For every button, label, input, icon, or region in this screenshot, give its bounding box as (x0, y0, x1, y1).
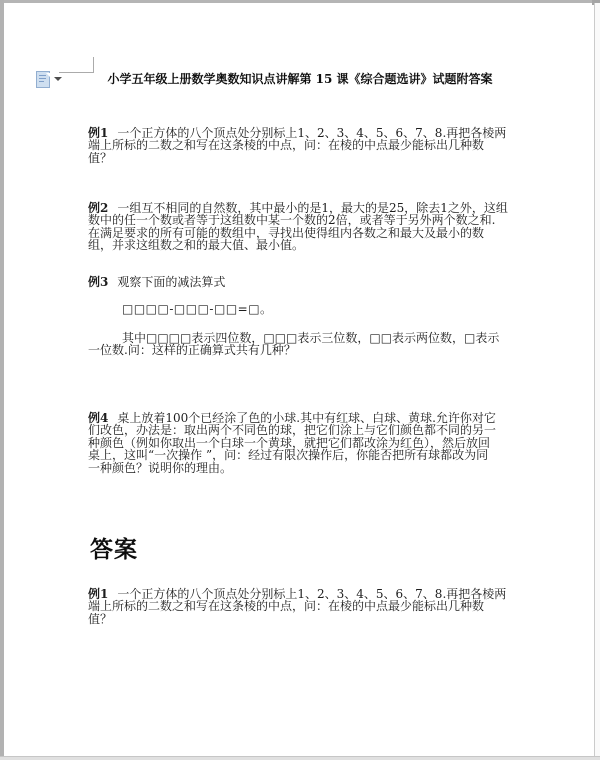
problem-text: 桌上放着100个已经涂了色的小球.其中有红球、白球、黄球.允许你对它 们改色，办… (88, 411, 496, 475)
page-fold-corner (46, 73, 50, 77)
problem-text: 一个正方体的八个顶点处分别标上1、2、3、4、5、6、7、8.再把各棱两 端上所… (88, 587, 506, 626)
window-edge-bottom (0, 756, 600, 760)
answers-heading: 答案 (90, 536, 138, 563)
problem-ex1: 例1一个正方体的八个顶点处分别标上1、2、3、4、5、6、7、8.再把各棱两 端… (88, 127, 574, 164)
paste-options-icon[interactable] (36, 69, 51, 88)
scrollbar-track[interactable] (594, 3, 600, 756)
window-edge-left (0, 0, 4, 760)
problem-text: 观察下面的减法算式 (117, 275, 225, 289)
word-document-view: 小学五年级上册数学奥数知识点讲解第 15 课《综合题选讲》试题附答案 例1一个正… (0, 0, 600, 760)
problem-ex4: 例4桌上放着100个已经涂了色的小球.其中有红球、白球、黄球.允许你对它 们改色… (88, 412, 574, 474)
clipboard-document-icon (36, 71, 50, 88)
subtraction-formula: □□□□-□□□-□□=□。 (122, 303, 273, 316)
problem-label: 例3 (88, 275, 108, 289)
problem-ex3: 例3观察下面的减法算式 (88, 276, 574, 288)
formula-note: 其中□□□□表示四位数，□□□表示三位数，□□表示两位数，□表示 一位数.问：这… (88, 332, 574, 357)
page-title: 小学五年级上册数学奥数知识点讲解第 15 课《综合题选讲》试题附答案 (70, 72, 530, 86)
problem-ex2: 例2一组互不相同的自然数，其中最小的是1，最大的是25，除去1之外，这组 数中的… (88, 202, 574, 252)
margin-crop-mark-vertical (93, 57, 94, 73)
answer-ex1: 例1一个正方体的八个顶点处分别标上1、2、3、4、5、6、7、8.再把各棱两 端… (88, 588, 574, 625)
problem-text: 一个正方体的八个顶点处分别标上1、2、3、4、5、6、7、8.再把各棱两 端上所… (88, 126, 506, 165)
window-edge-top (0, 0, 600, 3)
problem-text: 一组互不相同的自然数，其中最小的是1，最大的是25，除去1之外，这组 数中的任一… (88, 201, 508, 252)
dropdown-arrow-icon[interactable] (54, 77, 62, 81)
